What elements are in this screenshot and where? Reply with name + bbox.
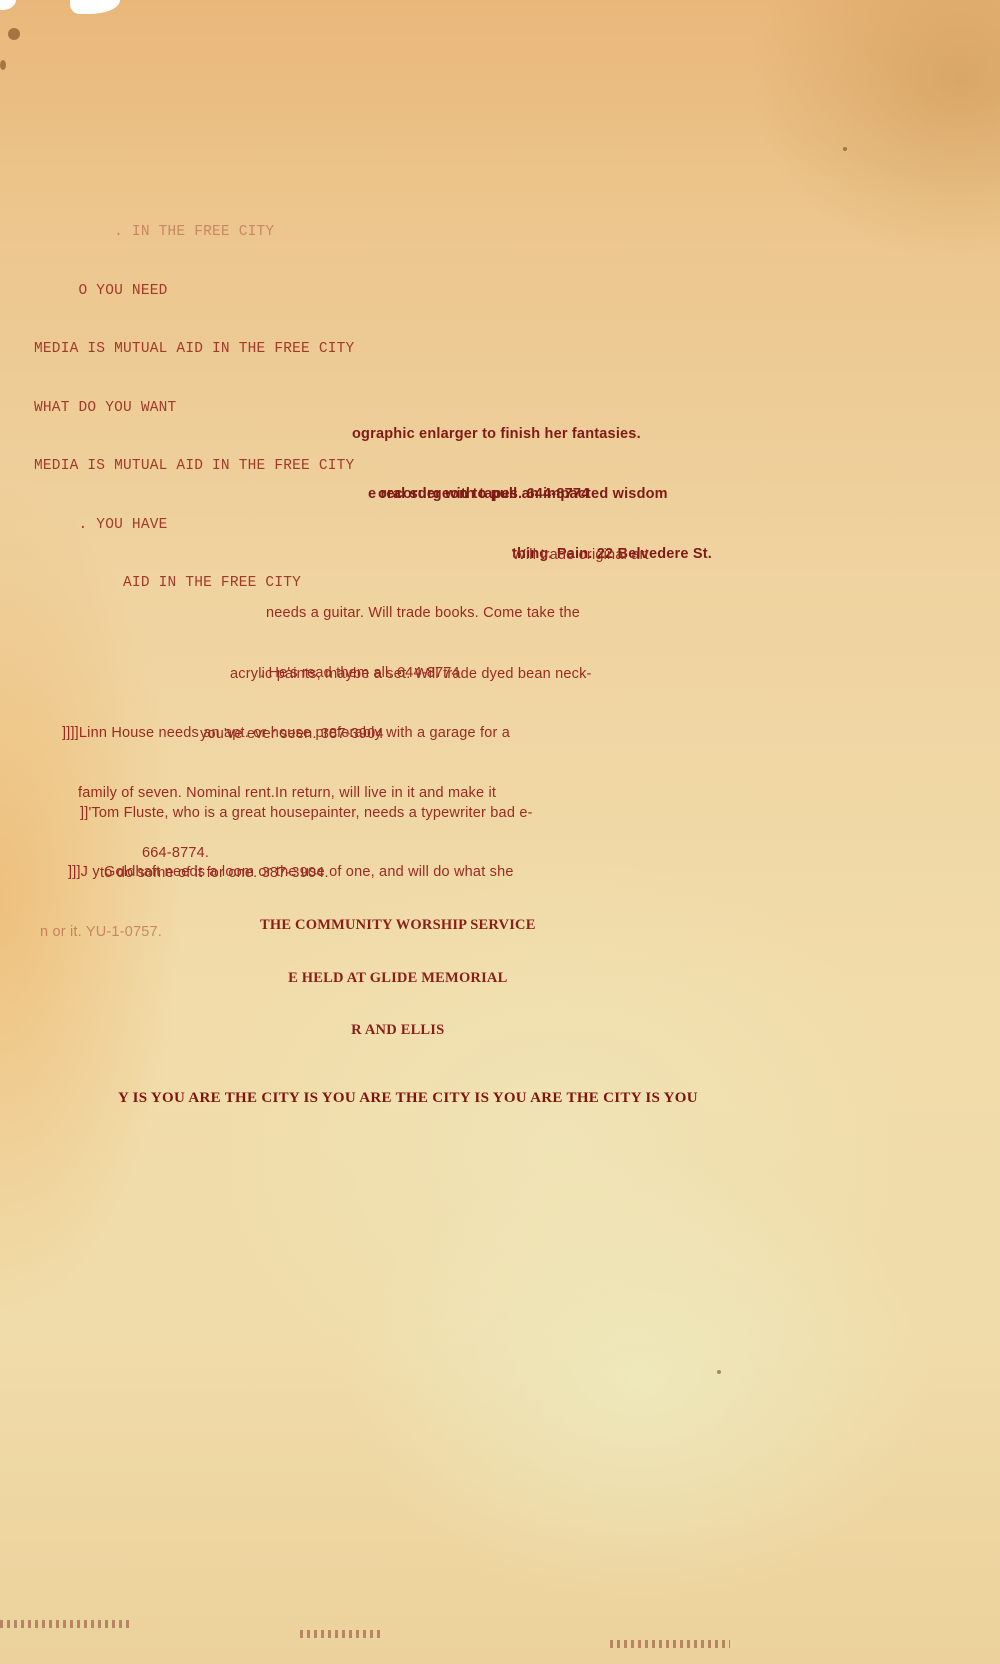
listing-line: acrylic paints, maybe a set. Will trade …	[200, 664, 592, 684]
listing-line: oral surgeon to pull an impacted wisdom	[378, 484, 712, 504]
worship-line: E HELD AT GLIDE MEMORIAL	[260, 970, 536, 988]
stain-mark	[717, 1370, 721, 1374]
header-line: O YOU NEED	[34, 282, 354, 302]
worship-notice: THE COMMUNITY WORSHIP SERVICE E HELD AT …	[260, 882, 536, 1057]
listing-line: ]]]]Linn House needs an apt. or house pr…	[62, 723, 510, 743]
header-line: WHAT DO YOU WANT	[34, 399, 354, 419]
listing-line: needs a guitar. Will trade books. Come t…	[170, 603, 580, 623]
listing-line: ographic enlarger to finish her fantasie…	[352, 424, 641, 444]
stain-mark	[0, 60, 6, 70]
header-line: . YOU HAVE	[34, 516, 354, 536]
listing-line: Will trade original art	[512, 545, 649, 565]
ink-smudge	[300, 1630, 380, 1638]
worship-line: R AND ELLIS	[260, 1022, 536, 1040]
header-block: . IN THE FREE CITY O YOU NEED MEDIA IS M…	[34, 184, 354, 613]
header-line: . IN THE FREE CITY	[34, 223, 354, 243]
listing-line: ]]]J y Goldhaft needs a loom or the use …	[40, 862, 514, 882]
worship-line: THE COMMUNITY WORSHIP SERVICE	[260, 917, 536, 935]
ink-smudge	[0, 1620, 130, 1628]
listing-line: ]]'Tom Fluste, who is a great housepaint…	[80, 803, 533, 823]
stain-mark	[843, 147, 847, 151]
city-banner: Y IS YOU ARE THE CITY IS YOU ARE THE CIT…	[118, 1090, 698, 1107]
header-line: MEDIA IS MUTUAL AID IN THE FREE CITY	[34, 340, 354, 360]
ink-smudge	[610, 1640, 730, 1648]
stain-mark	[8, 28, 20, 40]
header-line: MEDIA IS MUTUAL AID IN THE FREE CITY	[34, 457, 354, 477]
